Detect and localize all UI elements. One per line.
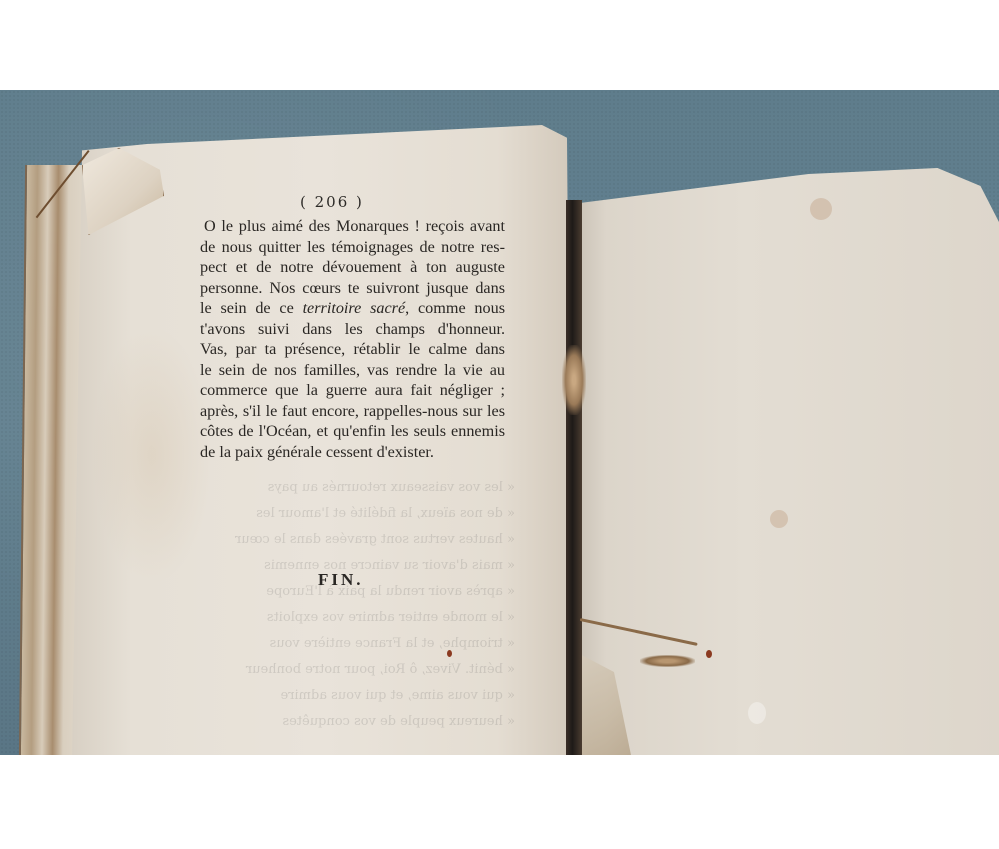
foxing-spot <box>706 650 712 658</box>
text-line: après, s'il le faut encore, rappelles-no… <box>200 401 505 422</box>
stain-spot <box>810 198 832 220</box>
final-paragraph: O le plus aimé des Monarques ! reçois av… <box>200 216 505 462</box>
text-line: de la paix générale cessent d'exister. <box>200 442 505 463</box>
foxing-spot <box>447 650 452 657</box>
text-line: personne. Nos cœurs te suivront jusque d… <box>200 278 505 299</box>
binding-fiber <box>562 345 586 415</box>
text-line: Vas, par ta présence, rétablir le calme … <box>200 339 505 360</box>
right-blank-page <box>572 168 999 755</box>
bleed-through-text: « les vos vaisseaux retournés au pays « … <box>185 475 515 745</box>
book-gutter <box>566 200 582 755</box>
book-photograph: « les vos vaisseaux retournés au pays « … <box>0 90 999 755</box>
text-line: O le plus aimé des Monarques ! reçois av… <box>200 216 505 237</box>
string-tuft <box>640 655 695 667</box>
text-line: côtes de l'Océan, et qu'enfin les seuls … <box>200 421 505 442</box>
text-line: t'avons suivi dans les champs d'honneur. <box>200 319 505 340</box>
text-line: de nous quitter les témoignages de notre… <box>200 237 505 258</box>
stain-spot <box>770 510 788 528</box>
italic-phrase: territoire sacré <box>303 299 406 317</box>
text-fragment: le sein de ce <box>200 299 294 317</box>
text-line: commerce que la guerre aura fait néglige… <box>200 380 505 401</box>
end-mark: FIN. <box>318 570 364 590</box>
text-line-mixed: le sein de ce territoire sacré, comme no… <box>200 298 505 319</box>
text-fragment: , comme nous <box>405 299 505 317</box>
light-spot <box>748 702 766 724</box>
text-line: le sein de nos familles, vas rendre la v… <box>200 360 505 381</box>
text-line: pect et de notre dévouement à ton august… <box>200 257 505 278</box>
page-number: ( 206 ) <box>300 193 364 211</box>
